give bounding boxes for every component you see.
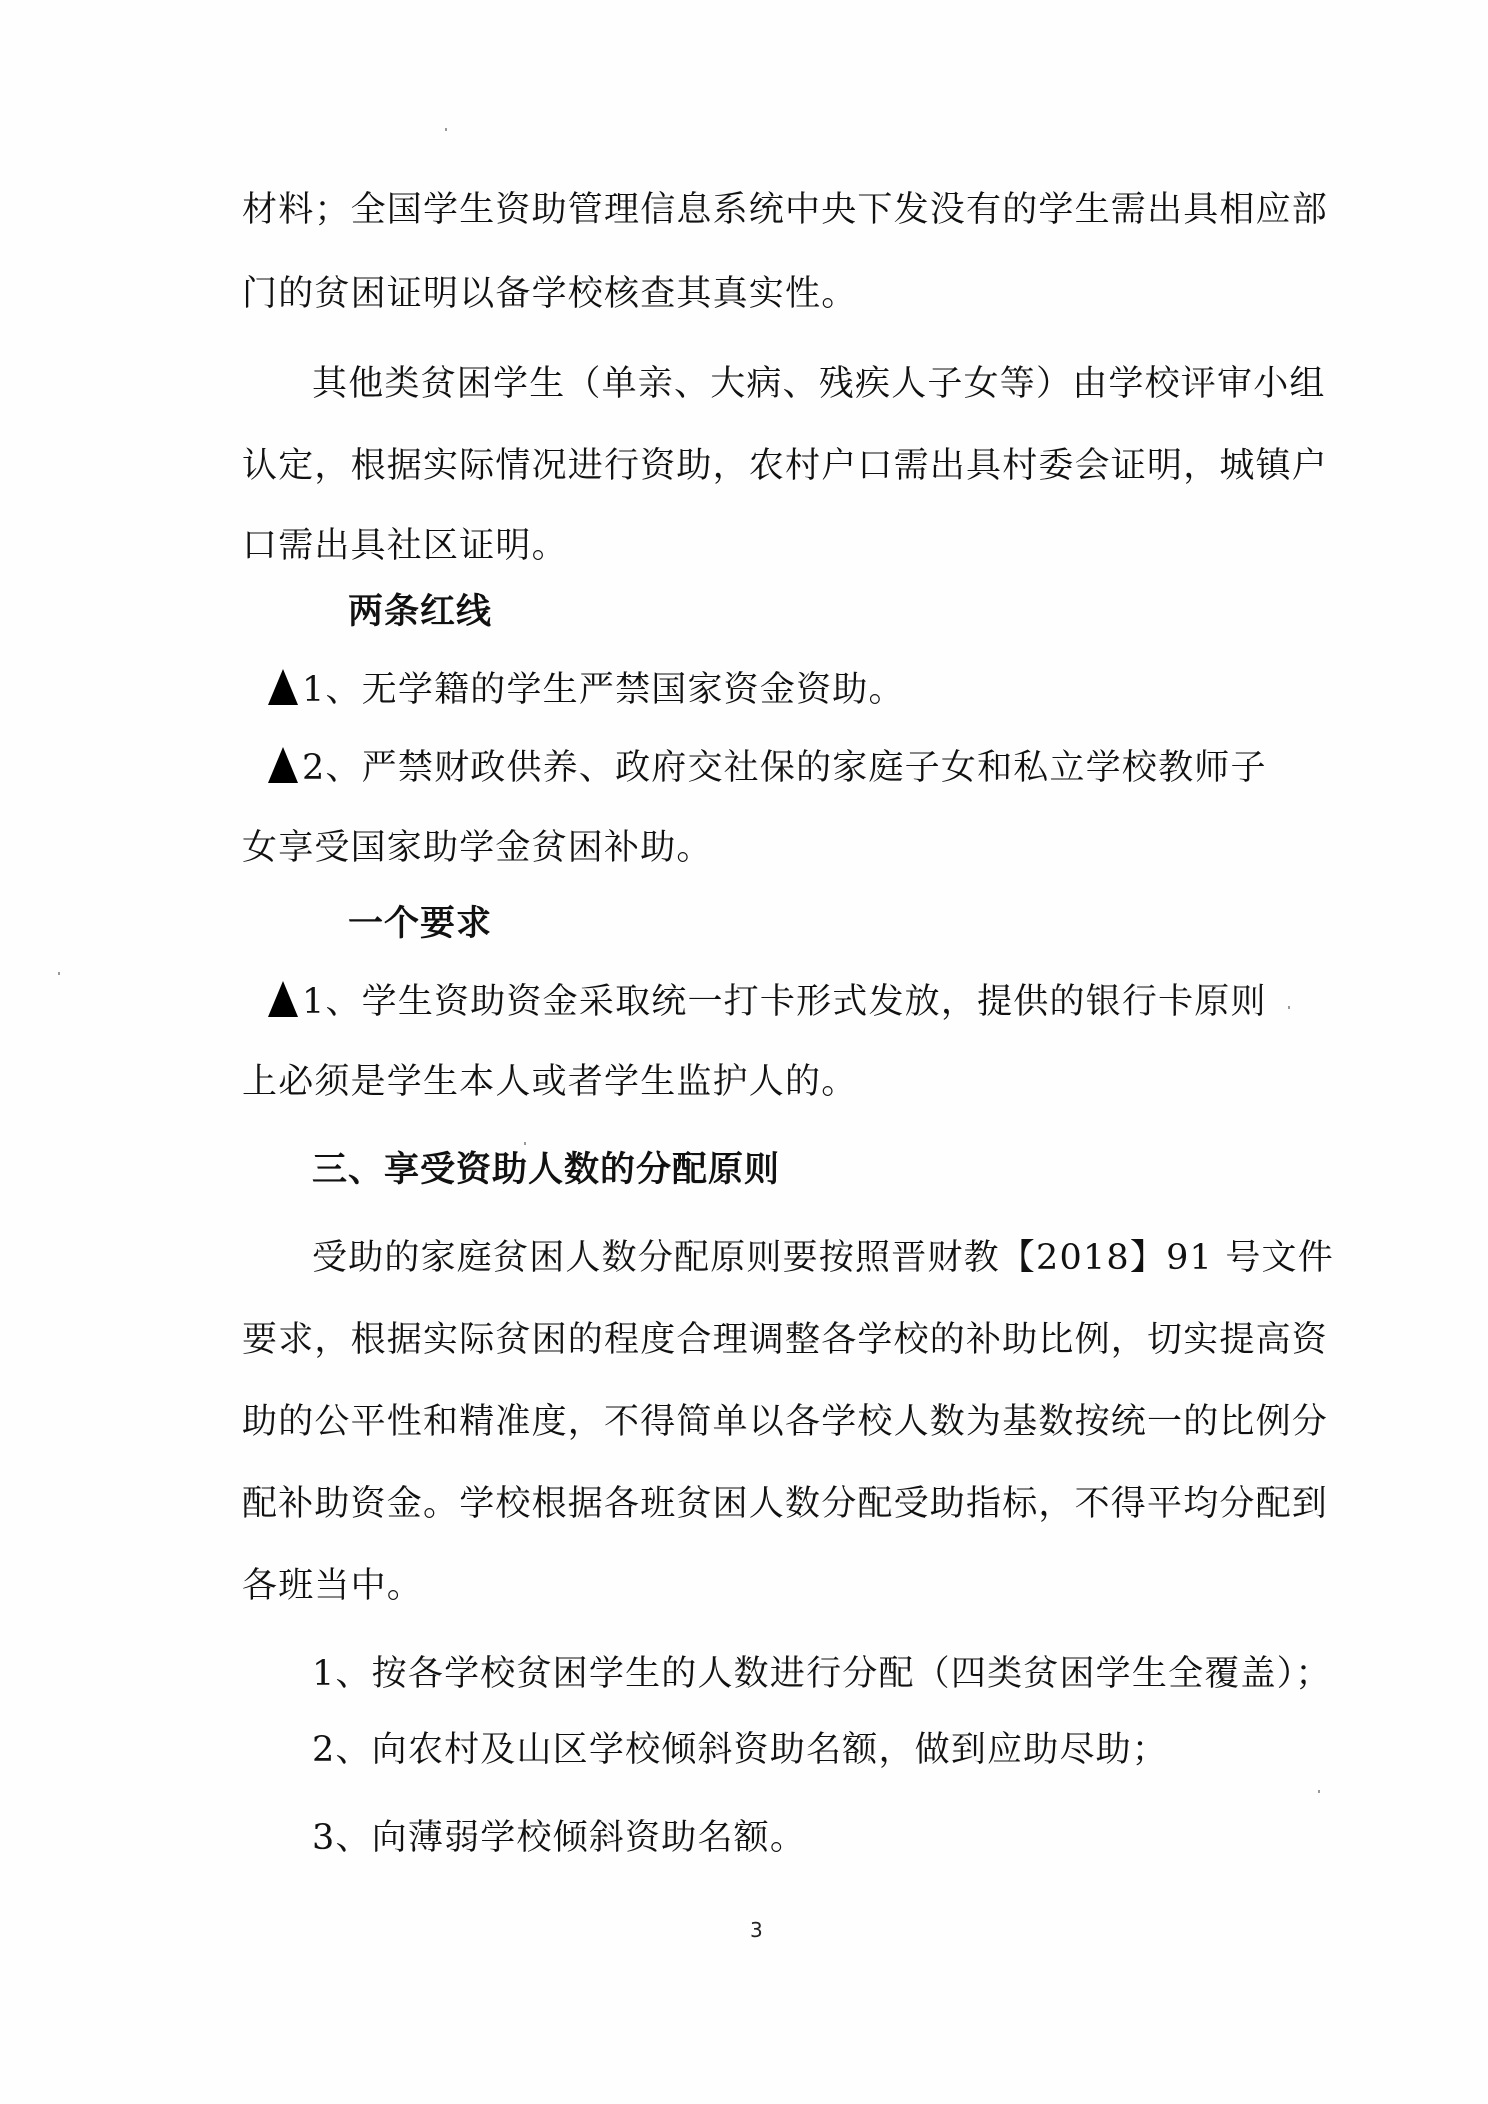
list-item-text: 1、学生资助资金采取统一打卡形式发放，提供的银行卡原则 [302, 982, 1267, 1022]
allocation-rule-item: 1、按各学校贫困学生的人数进行分配（四类贫困学生全覆盖）； [312, 1652, 1332, 1696]
allocation-rule-item: 2、向农村及山区学校倾斜资助名额，做到应助尽助； [312, 1728, 1168, 1772]
triangle-bullet-icon [268, 747, 298, 783]
paragraph-line: 配补助资金。学校根据各班贫困人数分配受助指标，不得平均分配到 [242, 1482, 1328, 1526]
scan-speck [58, 972, 60, 975]
paragraph-line: 认定，根据实际情况进行资助，农村户口需出具村委会证明，城镇户 [242, 444, 1328, 488]
document-page: 材料；全国学生资助管理信息系统中央下发没有的学生需出具相应部 门的贫困证明以备学… [0, 0, 1488, 2104]
triangle-bullet-icon [268, 669, 298, 705]
paragraph-line: 其他类贫困学生（单亲、大病、残疾人子女等）由学校评审小组 [312, 362, 1326, 406]
list-item-text: 2、严禁财政供养、政府交社保的家庭子女和私立学校教师子 [302, 748, 1267, 788]
list-item-continuation: 女享受国家助学金贫困补助。 [242, 826, 713, 870]
list-item: 1、无学籍的学生严禁国家资金资助。 [268, 668, 905, 712]
paragraph-line: 助的公平性和精准度，不得简单以各学校人数为基数按统一的比例分 [242, 1400, 1328, 1444]
scan-speck [445, 128, 447, 131]
list-item: 2、严禁财政供养、政府交社保的家庭子女和私立学校教师子 [268, 746, 1267, 790]
section-heading-one-requirement: 一个要求 [348, 902, 492, 946]
scan-speck [524, 1142, 526, 1145]
paragraph-line: 门的贫困证明以备学校核查其真实性。 [242, 272, 857, 316]
scan-speck [868, 1758, 870, 1761]
section-heading-three: 三、享受资助人数的分配原则 [312, 1148, 780, 1192]
paragraph-line: 要求，根据实际贫困的程度合理调整各学校的补助比例，切实提高资 [242, 1318, 1328, 1362]
paragraph-line: 口需出具社区证明。 [242, 524, 568, 568]
allocation-rule-item: 3、向薄弱学校倾斜资助名额。 [312, 1816, 806, 1860]
paragraph-line: 各班当中。 [242, 1564, 423, 1608]
page-number: 3 [750, 1918, 763, 1942]
section-heading-red-lines: 两条红线 [348, 590, 492, 634]
list-item: 1、学生资助资金采取统一打卡形式发放，提供的银行卡原则 [268, 980, 1267, 1024]
list-item-continuation: 上必须是学生本人或者学生监护人的。 [242, 1060, 857, 1104]
paragraph-line: 受助的家庭贫困人数分配原则要按照晋财教【2018】91 号文件 [312, 1236, 1334, 1280]
scan-speck [1318, 1790, 1320, 1793]
list-item-text: 1、无学籍的学生严禁国家资金资助。 [302, 670, 905, 710]
triangle-bullet-icon [268, 981, 298, 1017]
paragraph-line: 材料；全国学生资助管理信息系统中央下发没有的学生需出具相应部 [242, 188, 1328, 232]
scan-speck [1288, 1006, 1290, 1009]
